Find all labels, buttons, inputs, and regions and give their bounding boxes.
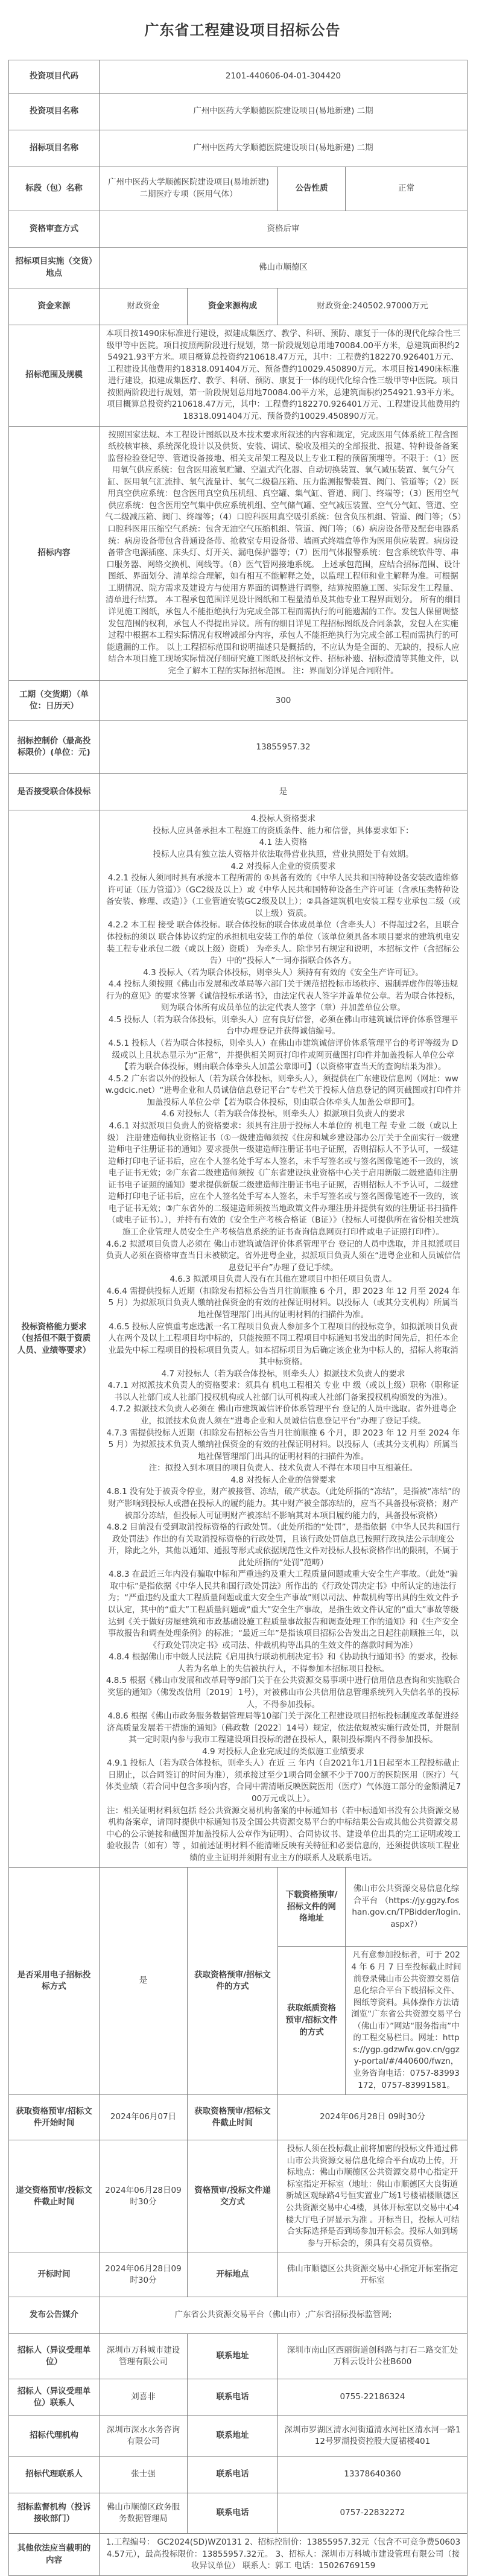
agency-phone-label: 联系电话	[188, 2457, 278, 2493]
opening-place-label: 开标地点	[188, 2253, 278, 2297]
delivery-location-label: 招标项目实施（交货）地点	[9, 248, 100, 288]
obtain-start-time-value: 2024年06月07日	[100, 2095, 188, 2140]
table-row: 其他依法应当载明的内容 1.工程编号： GC2024(SD)WZ0131 2、招…	[9, 2534, 468, 2576]
section-name-label: 标段（包）名称	[9, 167, 100, 211]
obtain-end-time-value: 2024年06月28日 09时30分	[278, 2095, 468, 2140]
table-row: 是否采用电子招标投标方式 是 获取资格预审/招标文件的方式 下载资格预审/招标文…	[9, 1868, 468, 1947]
table-row: 招标控制价（最高投标限价）(单位：元) 13855957.32	[9, 721, 468, 774]
tender-scope-value: 本项目按1490床标准进行建设，拟建成集医疗、教学、科研、预防、康复于一体的现代…	[100, 325, 468, 427]
opening-time-value: 2024年06月28日09时30分	[100, 2253, 188, 2297]
tender-content-label: 招标内容	[9, 426, 100, 681]
consortium-label: 是否接受联合体投标	[9, 774, 100, 810]
announcement-table: 投资项目代码 2101-440606-04-01-304420 投资项目名称 广…	[8, 60, 468, 2576]
supervisor-phone-label: 联系电话	[188, 2493, 278, 2534]
other-content-value: 1.工程编号： GC2024(SD)WZ0131 2、招标控制价：1385595…	[100, 2534, 468, 2576]
submit-method-label: 资格预审/投标文件递交方式	[188, 2140, 278, 2253]
table-row: 招标监督机构（投诉接收部门） 佛山市顺德区政务服务数据管理局 联系电话 0757…	[9, 2493, 468, 2534]
table-row: 获取资格预审/招标文件开始时间 2024年06月07日 获取资格预审/招标文件截…	[9, 2095, 468, 2140]
duration-label: 工期（交货期）（单位：日历天）	[9, 681, 100, 721]
supervisor-value: 佛山市顺德区政务服务数据管理局	[100, 2493, 188, 2534]
obtain-start-time-label: 获取资格预审/招标文件开始时间	[9, 2095, 100, 2140]
table-row: 招标范围及规模 本项目按1490床标准进行建设，拟建成集医疗、教学、科研、预防、…	[9, 325, 468, 427]
section-name-value: 广州中医药大学顺德医院建设项目(易地新建)二期医疗专项（医用气体）	[100, 167, 278, 211]
price-ceiling-label: 招标控制价（最高投标限价）(单位：元)	[9, 721, 100, 774]
table-row: 投资项目名称 广州中医药大学顺德医院建设项目(易地新建) 二期	[9, 94, 468, 130]
table-row: 投资项目代码 2101-440606-04-01-304420	[9, 60, 468, 94]
agency-value: 深圳市深水水务咨询有限公司	[100, 2416, 188, 2457]
tenderer-phone-label: 联系电话	[188, 2379, 278, 2416]
fund-composition-value: 财政资金:240502.97000万元	[278, 288, 468, 325]
submit-method-value: 投标人须在投标截止前将加密的投标文件通过佛山市公共资源交易信息化综合平台成功上传…	[278, 2140, 468, 2253]
submit-deadline-value: 2024年06月28日09时30分	[100, 2140, 188, 2253]
investment-name-value: 广州中医药大学顺德医院建设项目(易地新建) 二期	[100, 94, 468, 130]
tenderer-label: 招标人（异议受理单位）	[9, 2334, 100, 2379]
table-row: 招标项目实施（交货）地点 佛山市顺德区	[9, 248, 468, 288]
investment-code-value: 2101-440606-04-01-304420	[100, 60, 468, 94]
opening-place-value: 佛山市顺德区公共资源交易中心指定开标室指定开标室	[278, 2253, 468, 2297]
investment-code-label: 投资项目代码	[9, 60, 100, 94]
table-row: 招标人（异议受理单位）联系人 刘喜非 联系电话 0755-22186324	[9, 2379, 468, 2416]
obtain-docs-method-label: 获取资格预审/招标文件的方式	[188, 1868, 278, 2095]
announcement-page: 广东省工程建设项目招标公告 投资项目代码 2101-440606-04-01-3…	[0, 0, 485, 2576]
table-row: 是否接受联合体投标 是	[9, 774, 468, 810]
media-label: 发布公告媒介	[9, 2297, 100, 2334]
table-row: 招标代理机构 深圳市深水水务咨询有限公司 联系地址 深圳市罗湖区清水河街道清水河…	[9, 2416, 468, 2457]
fund-source-label: 资金来源	[9, 288, 100, 325]
table-row: 投标资格能力要求（包括但不限于资质人员、业绩等要求） 4.投标人资格要求 投标人…	[9, 810, 468, 1868]
agency-phone-value: 13378640360	[278, 2457, 468, 2493]
fund-composition-label: 资金来源构成	[188, 288, 278, 325]
tenderer-address-value: 深圳市南山区西丽街道创科路与打石二路交汇处万科云设计公社B600	[278, 2334, 468, 2379]
fund-source-value: 财政资金	[100, 288, 188, 325]
duration-value: 300	[100, 681, 468, 721]
table-row: 资金来源 财政资金 资金来源构成 财政资金:240502.97000万元	[9, 288, 468, 325]
supervisor-phone-value: 0757-22832272	[278, 2493, 468, 2534]
investment-name-label: 投资项目名称	[9, 94, 100, 130]
table-row: 发布公告媒介 广东省公共资源交易平台（佛山市）;广东省招标投标监管网;	[9, 2297, 468, 2334]
table-row: 招标项目名称 广州中医药大学顺德医院建设项目(易地新建) 二期	[9, 130, 468, 167]
notice-nature-label: 公告性质	[278, 167, 346, 211]
table-row: 工期（交货期）（单位：日历天） 300	[9, 681, 468, 721]
tender-name-label: 招标项目名称	[9, 130, 100, 167]
agency-address-label: 联系地址	[188, 2416, 278, 2457]
media-value: 广东省公共资源交易平台（佛山市）;广东省招标投标监管网;	[100, 2297, 468, 2334]
tenderer-phone-value: 0755-22186324	[278, 2379, 468, 2416]
agency-address-value: 深圳市罗湖区清水河街道清水河社区清水河一路112号罗湖投资控股大厦裙楼401	[278, 2416, 468, 2457]
agency-contact-value: 张士强	[100, 2457, 188, 2493]
tender-name-value: 广州中医药大学顺德医院建设项目(易地新建) 二期	[100, 130, 468, 167]
submit-deadline-label: 递交资格预审/投标文件截止时间	[9, 2140, 100, 2253]
page-title: 广东省工程建设项目招标公告	[0, 18, 485, 39]
price-ceiling-value: 13855957.32	[100, 721, 468, 774]
tenderer-contact-value: 刘喜非	[100, 2379, 188, 2416]
e-bidding-value: 是	[100, 1868, 188, 2095]
table-row: 招标内容 按照国家法规、本工程设计图纸以及本技术要求所叙述的内容和规定，完成医用…	[9, 426, 468, 681]
qualification-review-value: 资格后审	[100, 211, 468, 248]
agency-label: 招标代理机构	[9, 2416, 100, 2457]
tenderer-contact-label: 招标人（异议受理单位）联系人	[9, 2379, 100, 2416]
bidder-qualification-value: 4.投标人资格要求 投标人应具备承担本工程施工的资质条件、能力和信誉，具体要求如…	[100, 810, 468, 1868]
tenderer-address-label: 联系地址	[188, 2334, 278, 2379]
supervisor-label: 招标监督机构（投诉接收部门）	[9, 2493, 100, 2534]
paper-docs-method-label: 获取纸质资格预审/招标文件的方式	[278, 1947, 346, 2095]
table-row: 资格审查方式 资格后审	[9, 211, 468, 248]
opening-time-label: 开标时间	[9, 2253, 100, 2297]
consortium-value: 是	[100, 774, 468, 810]
e-bidding-label: 是否采用电子招标投标方式	[9, 1868, 100, 2095]
table-row: 递交资格预审/投标文件截止时间 2024年06月28日09时30分 资格预审/投…	[9, 2140, 468, 2253]
download-address-label: 下载资格预审/招标文件的网络地址	[278, 1868, 346, 1947]
table-row: 开标时间 2024年06月28日09时30分 开标地点 佛山市顺德区公共资源交易…	[9, 2253, 468, 2297]
agency-contact-label: 招标代理联系人	[9, 2457, 100, 2493]
table-row: 招标代理联系人 张士强 联系电话 13378640360	[9, 2457, 468, 2493]
delivery-location-value: 佛山市顺德区	[100, 248, 468, 288]
tenderer-value: 深圳市万科城市建设管理有限公司	[100, 2334, 188, 2379]
table-row: 招标人（异议受理单位） 深圳市万科城市建设管理有限公司 联系地址 深圳市南山区西…	[9, 2334, 468, 2379]
notice-nature-value: 正常	[346, 167, 468, 211]
tender-content-value: 按照国家法规、本工程设计图纸以及本技术要求所叙述的内容和规定，完成医用气体系统工…	[100, 426, 468, 681]
table-row: 标段（包）名称 广州中医药大学顺德医院建设项目(易地新建)二期医疗专项（医用气体…	[9, 167, 468, 211]
bidder-qualification-label: 投标资格能力要求（包括但不限于资质人员、业绩等要求）	[9, 810, 100, 1868]
tender-scope-label: 招标范围及规模	[9, 325, 100, 427]
obtain-end-time-label: 获取资格预审/招标文件截止时间	[188, 2095, 278, 2140]
paper-docs-method-value: 凡有意参加投标者，可于 2024 年 6 月 7 日至投标截止时间前登录佛山市公…	[346, 1947, 468, 2095]
download-address-value: 佛山市公共资源交易信息化综合平台 （https://jy.ggzy.foshan…	[346, 1868, 468, 1947]
other-content-label: 其他依法应当载明的内容	[9, 2534, 100, 2576]
qualification-review-label: 资格审查方式	[9, 211, 100, 248]
